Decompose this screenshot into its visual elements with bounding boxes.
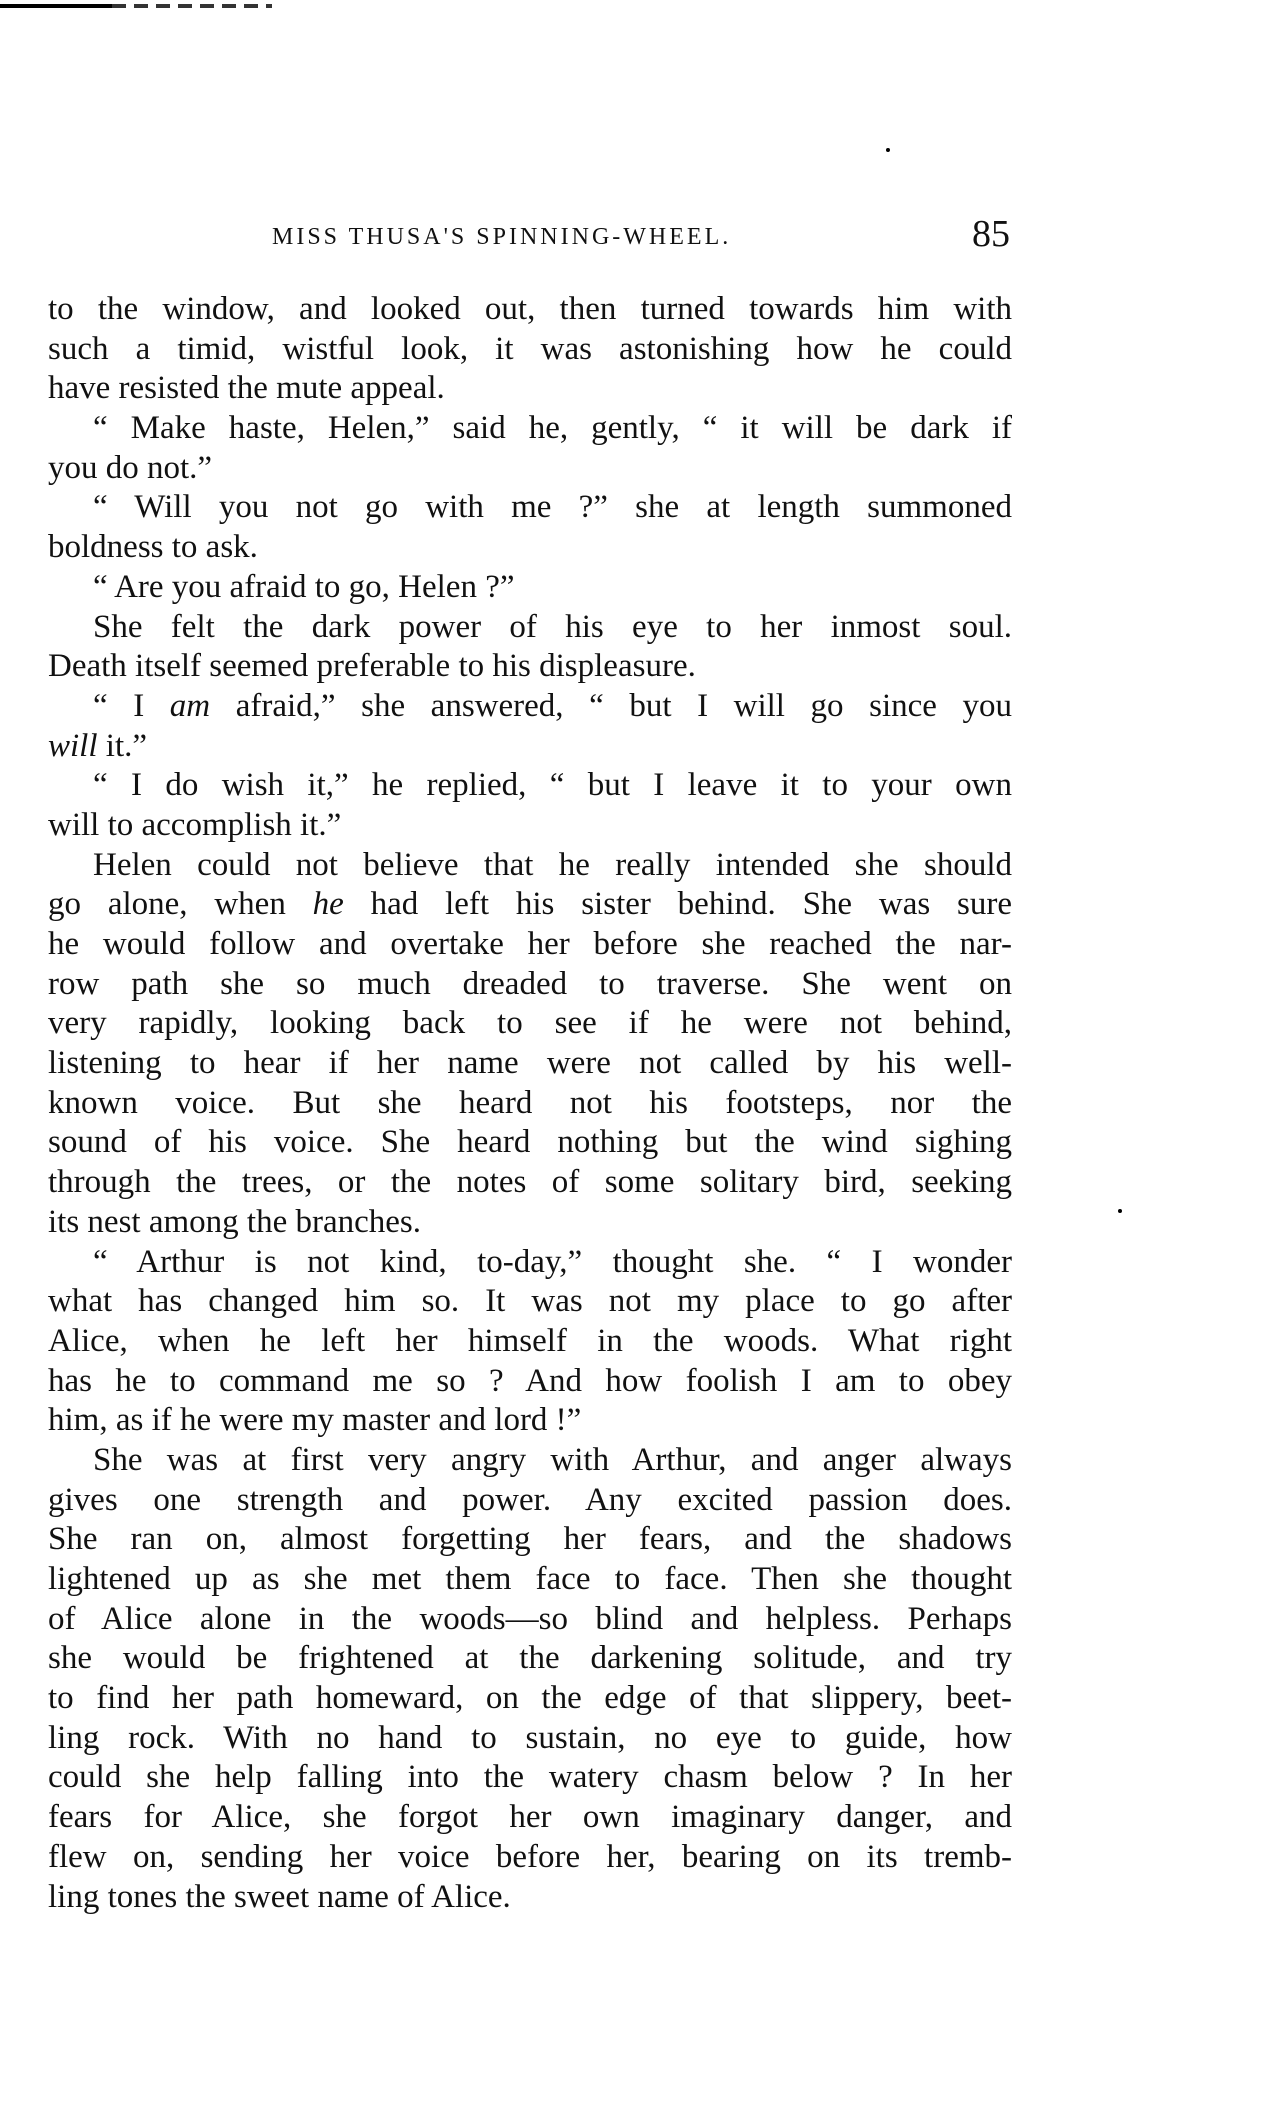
text-line: Helen could not believe that he really i… bbox=[48, 846, 1012, 886]
text-line: through the trees, or the notes of some … bbox=[48, 1163, 1012, 1203]
text-line: “ Arthur is not kind, to-day,” thought s… bbox=[48, 1243, 1012, 1283]
text-line: have resisted the mute appeal. bbox=[48, 369, 1012, 409]
text-line: will to accomplish it.” bbox=[48, 806, 1012, 846]
running-head: Miss Thusa's Spinning-Wheel. bbox=[272, 224, 731, 251]
text-line: sound of his voice. She heard nothing bu… bbox=[48, 1123, 1012, 1163]
scan-edge-dashes bbox=[112, 4, 272, 8]
text-line: to the window, and looked out, then turn… bbox=[48, 290, 1012, 330]
text-line: “ I do wish it,” he replied, “ but I lea… bbox=[48, 766, 1012, 806]
text-line: will it.” bbox=[48, 727, 1012, 767]
text-line: could she help falling into the watery c… bbox=[48, 1758, 1012, 1798]
text-line: lightened up as she met them face to fac… bbox=[48, 1560, 1012, 1600]
text-line: gives one strength and power. Any excite… bbox=[48, 1481, 1012, 1521]
text-line: fears for Alice, she forgot her own imag… bbox=[48, 1798, 1012, 1838]
text-line: you do not.” bbox=[48, 449, 1012, 489]
text-line: ling tones the sweet name of Alice. bbox=[48, 1878, 1012, 1918]
text-line: very rapidly, looking back to see if he … bbox=[48, 1004, 1012, 1044]
text-line: Alice, when he left her himself in the w… bbox=[48, 1322, 1012, 1362]
text-line: its nest among the branches. bbox=[48, 1203, 1012, 1243]
text-line: She felt the dark power of his eye to he… bbox=[48, 608, 1012, 648]
text-line: of Alice alone in the woods—so blind and… bbox=[48, 1600, 1012, 1640]
text-line: what has changed him so. It was not my p… bbox=[48, 1282, 1012, 1322]
text-line: “ I am afraid,” she answered, “ but I wi… bbox=[48, 687, 1012, 727]
text-line: “ Are you afraid to go, Helen ?” bbox=[48, 568, 1012, 608]
text-line: She was at first very angry with Arthur,… bbox=[48, 1441, 1012, 1481]
text-line: listening to hear if her name were not c… bbox=[48, 1044, 1012, 1084]
text-line: flew on, sending her voice before her, b… bbox=[48, 1838, 1012, 1878]
text-line: she would be frightened at the darkening… bbox=[48, 1639, 1012, 1679]
text-line: She ran on, almost forgetting her fears,… bbox=[48, 1520, 1012, 1560]
text-line: has he to command me so ? And how foolis… bbox=[48, 1362, 1012, 1402]
text-line: such a timid, wistful look, it was aston… bbox=[48, 330, 1012, 370]
text-line: boldness to ask. bbox=[48, 528, 1012, 568]
text-line: he would follow and overtake her before … bbox=[48, 925, 1012, 965]
text-line: ling rock. With no hand to sustain, no e… bbox=[48, 1719, 1012, 1759]
text-line: “ Make haste, Helen,” said he, gently, “… bbox=[48, 409, 1012, 449]
body-text: to the window, and looked out, then turn… bbox=[48, 290, 1012, 1917]
text-line: Death itself seemed preferable to his di… bbox=[48, 647, 1012, 687]
text-line: him, as if he were my master and lord !” bbox=[48, 1401, 1012, 1441]
page-number: 85 bbox=[972, 212, 1010, 256]
scan-speck bbox=[886, 148, 890, 152]
text-line: “ Will you not go with me ?” she at leng… bbox=[48, 488, 1012, 528]
text-line: row path she so much dreaded to traverse… bbox=[48, 965, 1012, 1005]
text-line: go alone, when he had left his sister be… bbox=[48, 885, 1012, 925]
scan-edge-rule bbox=[0, 4, 112, 8]
text-line: to find her path homeward, on the edge o… bbox=[48, 1679, 1012, 1719]
text-line: known voice. But she heard not his foots… bbox=[48, 1084, 1012, 1124]
scan-speck bbox=[1118, 1209, 1122, 1213]
